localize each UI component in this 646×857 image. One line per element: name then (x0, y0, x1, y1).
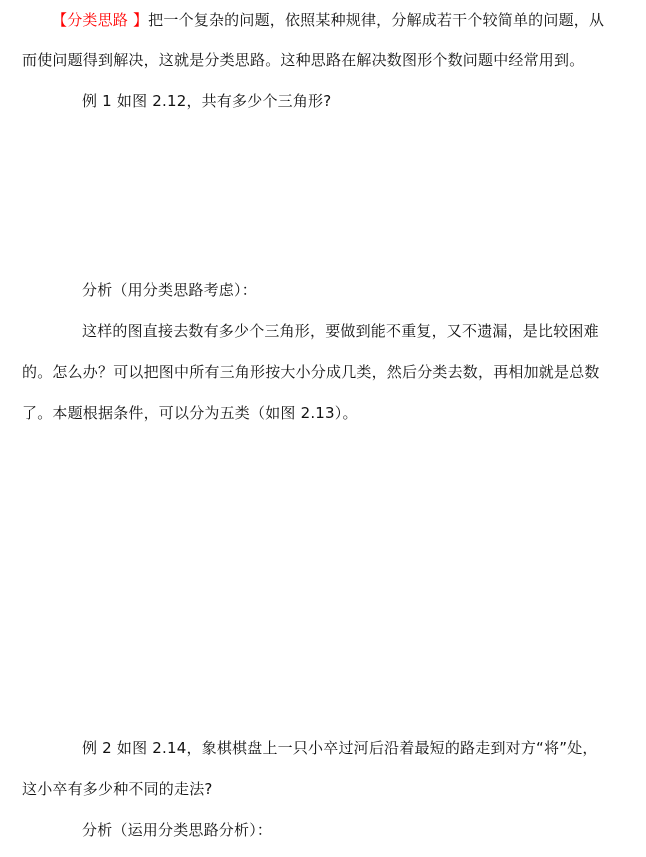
example-2-question-line-1: 例 2 如图 2.14，象棋棋盘上一只小卒过河后沿着最短的路走到对方“将”处， (82, 738, 598, 758)
intro-text-1: 把一个复杂的问题，依照某种规律，分解成若干个较简单的问题，从 (148, 11, 604, 29)
example-1-analysis-line-2: 的。怎么办？可以把图中所有三角形按大小分成几类，然后分类去数，再相加就是总数 (22, 362, 600, 382)
example-2-question-line-2: 这小卒有多少种不同的走法? (22, 779, 213, 799)
category-label: 【分类思路 】 (52, 11, 148, 29)
figure-2-13-placeholder (22, 430, 622, 730)
intro-line-1: 【分类思路 】把一个复杂的问题，依照某种规律，分解成若干个较简单的问题，从 (52, 10, 604, 30)
example-1-analysis-line-3: 了。本题根据条件，可以分为五类（如图 2.13）。 (22, 403, 358, 423)
example-1-analysis-heading: 分析（用分类思路考虑）： (82, 280, 257, 300)
intro-line-2: 而使问题得到解决，这就是分类思路。这种思路在解决数图形个数问题中经常用到。 (22, 50, 584, 70)
figure-2-12-placeholder (22, 120, 622, 280)
example-2-analysis-heading: 分析（运用分类思路分析）： (82, 820, 272, 840)
example-1-analysis-line-1: 这样的图直接去数有多少个三角形，要做到能不重复，又不遗漏，是比较困难 (82, 321, 599, 341)
example-1-question: 例 1 如图 2.12，共有多少个三角形? (82, 91, 331, 111)
